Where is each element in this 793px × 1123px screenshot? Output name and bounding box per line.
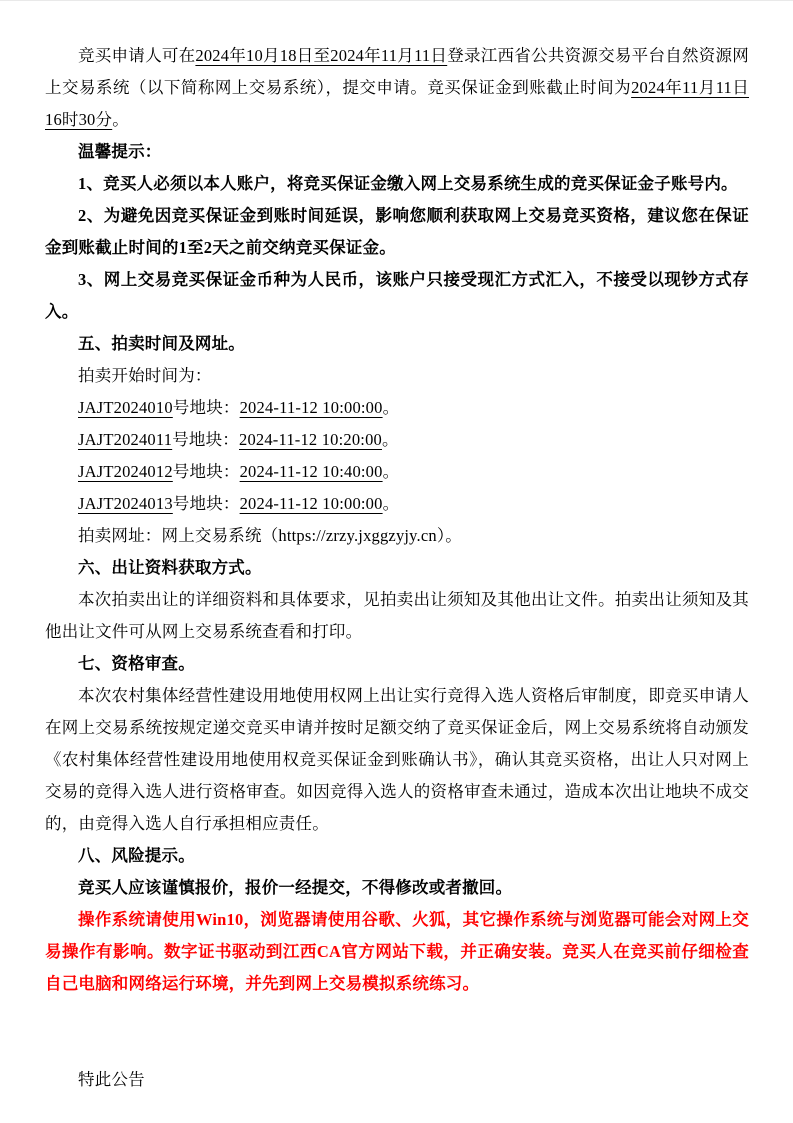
text-run: 拍卖开始时间为： [78,366,212,385]
lot-jajt2024012: JAJT2024012号地块：2024-11-12 10:40:00。 [45,456,749,488]
text-run: 竞买申请人可在 [78,46,195,65]
text-run: 本次拍卖出让的详细资料和具体要求，见拍卖出让须知及其他出让文件。拍卖出让须知及其… [45,590,749,641]
section-8-heading: 八、风险提示。 [45,840,749,872]
announcement-closing: 特此公告 [45,1064,749,1096]
text-run: 。 [383,494,400,513]
lot-jajt2024011: JAJT2024011号地块：2024-11-12 10:20:00。 [45,424,749,456]
system-requirements-warning: 操作系统请使用Win10，浏览器请使用谷歌、火狐，其它操作系统与浏览器可能会对网… [45,904,749,1000]
text-run: 七、资格审查。 [78,654,195,673]
auction-website-line: 拍卖网址：网上交易系统（https://zrzy.jxggzyjy.cn）。 [45,520,749,552]
warm-tip-3: 3、网上交易竞买保证金币种为人民币，该账户只接受现汇方式汇入，不接受以现钞方式存… [45,264,749,328]
lot-jajt2024010: JAJT2024010号地块：2024-11-12 10:00:00。 [45,392,749,424]
text-run: 1、竞买人必须以本人账户，将竞买保证金缴入网上交易系统生成的竞买保证金子账号内。 [78,174,738,193]
section-6-heading: 六、出让资料获取方式。 [45,552,749,584]
text-run: 号地块： [172,430,239,449]
text-run: 竞买人应该谨慎报价，报价一经提交，不得修改或者撤回。 [78,878,512,897]
auction-start-time-label: 拍卖开始时间为： [45,360,749,392]
warm-tip-1: 1、竞买人必须以本人账户，将竞买保证金缴入网上交易系统生成的竞买保证金子账号内。 [45,168,749,200]
document-body: 竞买申请人可在2024年10月18日至2024年11月11日登录江西省公共资源交… [45,40,749,1096]
section-5-heading: 五、拍卖时间及网址。 [45,328,749,360]
text-run: 。 [382,430,399,449]
lot-jajt2024013: JAJT2024013号地块：2024-11-12 10:00:00。 [45,488,749,520]
text-run: 特此公告 [78,1070,145,1089]
text-run: 。 [383,398,400,417]
underlined-text-run: 2024-11-12 10:00:00 [240,494,383,513]
text-run: 操作系统请使用Win10，浏览器请使用谷歌、火狐，其它操作系统与浏览器可能会对网… [45,910,749,993]
text-run: 八、风险提示。 [78,846,195,865]
underlined-text-run: JAJT2024010 [78,398,173,417]
document-page: 竞买申请人可在2024年10月18日至2024年11月11日登录江西省公共资源交… [0,1,793,1123]
underlined-text-run: 2024年10月18日至2024年11月11日 [195,46,447,65]
section-7-body: 本次农村集体经营性建设用地使用权网上出让实行竞得入选人资格后审制度，即竞买申请人… [45,680,749,840]
text-run: 号地块： [173,462,240,481]
text-run: 2、为避免因竞买保证金到账时间延误，影响您顺利获取网上交易竞买资格，建议您在保证… [45,206,749,257]
text-run: 温馨提示： [78,142,162,161]
underlined-text-run: 2024-11-12 10:40:00 [240,462,383,481]
text-run: 。 [383,462,400,481]
underlined-text-run: JAJT2024013 [78,494,173,513]
text-run: 本次农村集体经营性建设用地使用权网上出让实行竞得入选人资格后审制度，即竞买申请人… [45,686,749,833]
underlined-text-run: 2024-11-12 10:20:00 [239,430,382,449]
text-run: 号地块： [173,494,240,513]
text-run: 拍卖网址：网上交易系统（https://zrzy.jxggzyjy.cn）。 [78,526,462,545]
text-run: 六、出让资料获取方式。 [78,558,262,577]
warm-tips-heading: 温馨提示： [45,136,749,168]
underlined-text-run: JAJT2024012 [78,462,173,481]
section-6-body: 本次拍卖出让的详细资料和具体要求，见拍卖出让须知及其他出让文件。拍卖出让须知及其… [45,584,749,648]
text-run: 。 [112,110,129,129]
application-period-paragraph: 竞买申请人可在2024年10月18日至2024年11月11日登录江西省公共资源交… [45,40,749,136]
text-run: 号地块： [173,398,240,417]
section-7-heading: 七、资格审查。 [45,648,749,680]
underlined-text-run: JAJT2024011 [78,430,172,449]
section-8-body: 竞买人应该谨慎报价，报价一经提交，不得修改或者撤回。 [45,872,749,904]
text-run: 五、拍卖时间及网址。 [78,334,245,353]
text-run: 3、网上交易竞买保证金币种为人民币，该账户只接受现汇方式汇入，不接受以现钞方式存… [45,270,749,321]
underlined-text-run: 2024-11-12 10:00:00 [240,398,383,417]
warm-tip-2: 2、为避免因竞买保证金到账时间延误，影响您顺利获取网上交易竞买资格，建议您在保证… [45,200,749,264]
